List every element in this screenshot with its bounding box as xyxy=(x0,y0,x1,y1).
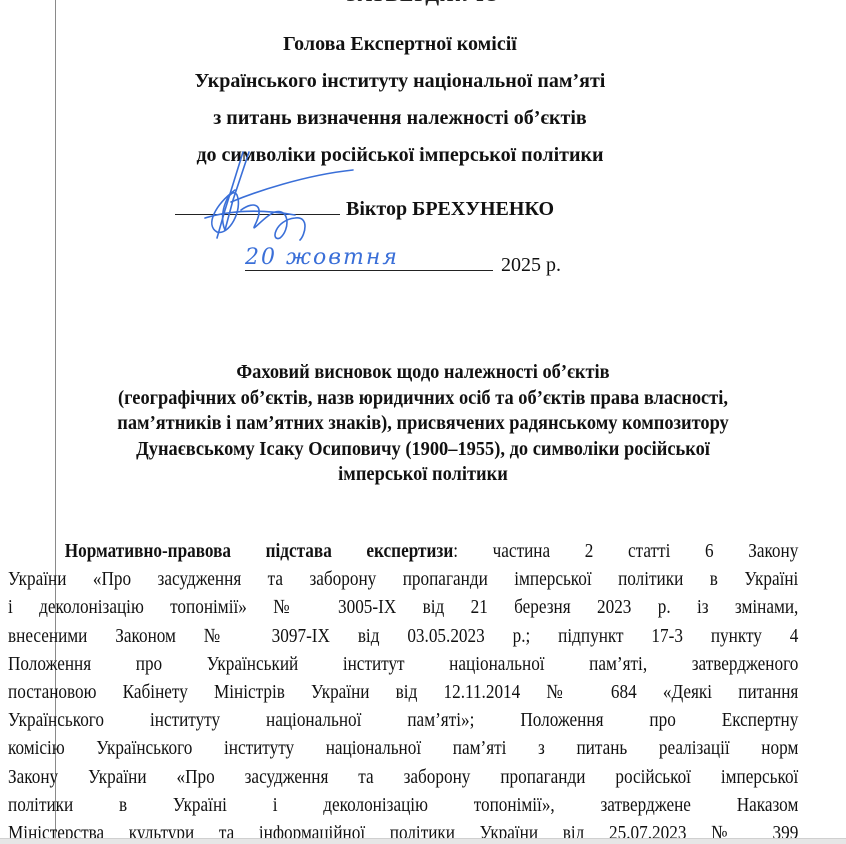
approval-heading-cut: ЗАТВЕРДЖУЮ xyxy=(0,0,846,7)
body-paragraph: Нормативно-правова підстава експертизи: … xyxy=(8,537,798,838)
handwritten-signature-icon xyxy=(195,150,355,245)
body-line: Міністерства культури та інформаційної п… xyxy=(8,819,798,838)
approval-line-2: Українського інституту національної пам’… xyxy=(140,63,660,100)
body-line: комісію Українського інституту національ… xyxy=(8,734,798,762)
title-line-4: Дунаєвському Ісаку Осиповичу (1900–1955)… xyxy=(43,437,803,463)
signatory-name: Віктор БРЕХУНЕНКО xyxy=(346,198,554,220)
body-line: Українського інституту національної пам’… xyxy=(8,706,798,734)
body-line: внесеними Законом № 3097-IX від 03.05.20… xyxy=(8,622,798,650)
title-line-5: імперської політики xyxy=(43,462,803,488)
body-line: і деколонізацію топонімії» № 3005-IX від… xyxy=(8,593,798,621)
document-title: Фаховий висновок щодо належності об’єкті… xyxy=(43,360,803,488)
title-line-1: Фаховий висновок щодо належності об’єкті… xyxy=(43,360,803,386)
approval-line-3: з питань визначення належності об’єктів xyxy=(140,100,660,137)
body-line: політики в Україні і деколонізацію топон… xyxy=(8,791,798,819)
title-line-3: пам’ятників і пам’ятних знаків), присвяч… xyxy=(43,411,803,437)
approval-line-1: Голова Експертної комісії xyxy=(140,26,660,63)
body-line: постановою Кабінету Міністрів України ві… xyxy=(8,678,798,706)
title-line-2: (географічних об’єктів, назв юридичних о… xyxy=(43,386,803,412)
body-line: Положення про Український інститут націо… xyxy=(8,650,798,678)
date-rule: 20 жовтня xyxy=(245,252,493,271)
document-page: ЗАТВЕРДЖУЮ Голова Експертної комісії Укр… xyxy=(0,0,846,838)
lead-bold-label: Нормативно-правова підстава експертизи xyxy=(65,540,453,562)
date-year: 2025 р. xyxy=(501,254,561,276)
date-line: 20 жовтня 2025 р. xyxy=(245,252,561,277)
body-line: Закону України «Про засудження та заборо… xyxy=(8,763,798,791)
page-bottom-edge xyxy=(0,838,846,844)
body-line-lead: Нормативно-правова підстава експертизи: … xyxy=(8,537,798,565)
handwritten-date: 20 жовтня xyxy=(245,245,399,270)
body-line: України «Про засудження та заборону проп… xyxy=(8,565,798,593)
lead-rest: : частина 2 статті 6 Закону xyxy=(453,540,798,562)
